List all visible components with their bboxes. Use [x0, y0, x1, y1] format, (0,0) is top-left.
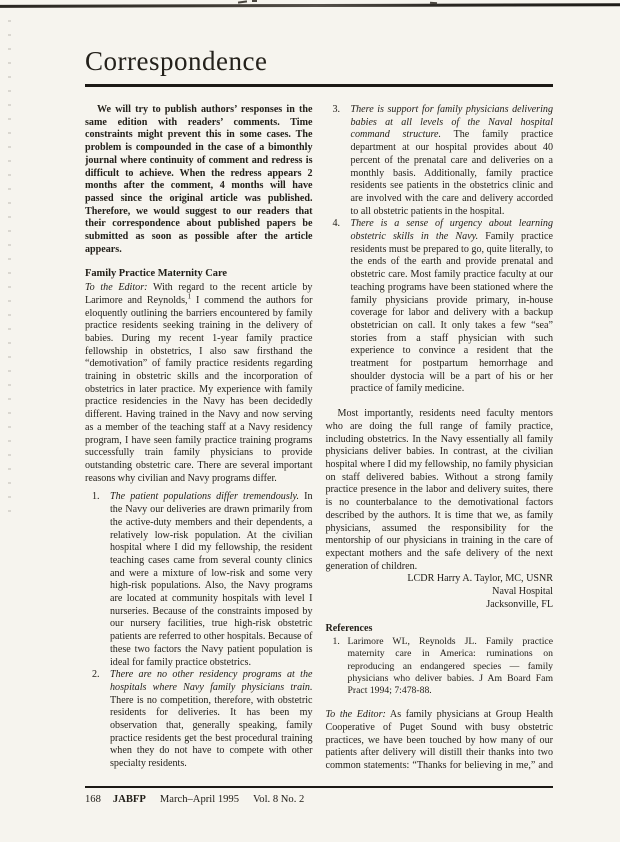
- footer-page-number: 168: [85, 794, 101, 805]
- letter1-opening-paragraph: To the Editor: With regard to the recent…: [85, 282, 313, 485]
- page-footer: 168JABFPMarch–April 1995Vol. 8 No. 2: [85, 786, 553, 805]
- footer-journal-abbrev: JABFP: [113, 794, 146, 805]
- list-item-text: There is support for family physicians d…: [351, 104, 554, 217]
- footer-issue-date: March–April 1995: [160, 794, 239, 805]
- list-item: 1. The patient populations differ tremen…: [85, 491, 313, 669]
- scan-artifact-top-line: [0, 3, 620, 8]
- list-item: 2. There are no other residency programs…: [85, 669, 313, 771]
- list-item: 4. There is a sense of urgency about lea…: [326, 218, 554, 396]
- letter1-closing-paragraph: Most importantly, residents need faculty…: [326, 408, 554, 573]
- page-content: Correspondence We will try to publish au…: [85, 46, 553, 782]
- signature-location: Jacksonville, FL: [326, 599, 554, 612]
- list-item-text: There is a sense of urgency about learni…: [351, 218, 554, 394]
- scan-artifact-dash: [252, 0, 257, 2]
- title-rule: [85, 84, 553, 87]
- reference-number: 1.: [333, 636, 340, 648]
- editor-note-paragraph: We will try to publish authors’ response…: [85, 104, 313, 256]
- footer-volume-number: Vol. 8 No. 2: [253, 794, 304, 805]
- scan-artifact-left-edge: [8, 20, 11, 520]
- references-heading: References: [326, 623, 554, 636]
- list-item-text: The patient populations differ tremendou…: [110, 491, 313, 667]
- list-item-text: There are no other residency programs at…: [110, 669, 313, 769]
- list-item-number: 4.: [333, 218, 341, 231]
- footer-rule: [85, 786, 553, 788]
- letter1-signature: LCDR Harry A. Taylor, MC, USNR Naval Hos…: [326, 573, 554, 611]
- page-title: Correspondence: [85, 46, 553, 76]
- reference-text: Larimore WL, Reynolds JL. Family practic…: [348, 636, 554, 696]
- list-item-number: 3.: [333, 104, 341, 117]
- scan-artifact-dash: [238, 0, 247, 3]
- list-item: 3. There is support for family physician…: [326, 104, 554, 218]
- list-item-number: 2.: [92, 669, 100, 682]
- two-column-text: We will try to publish authors’ response…: [85, 104, 553, 782]
- signature-author: LCDR Harry A. Taylor, MC, USNR: [326, 573, 554, 586]
- journal-page: Correspondence We will try to publish au…: [0, 0, 620, 842]
- signature-institution: Naval Hospital: [326, 586, 554, 599]
- letter1-heading: Family Practice Maternity Care: [85, 268, 313, 281]
- footer-text: 168JABFPMarch–April 1995Vol. 8 No. 2: [85, 794, 553, 805]
- reference-item: 1. Larimore WL, Reynolds JL. Family prac…: [326, 636, 554, 697]
- list-item-number: 1.: [92, 491, 100, 504]
